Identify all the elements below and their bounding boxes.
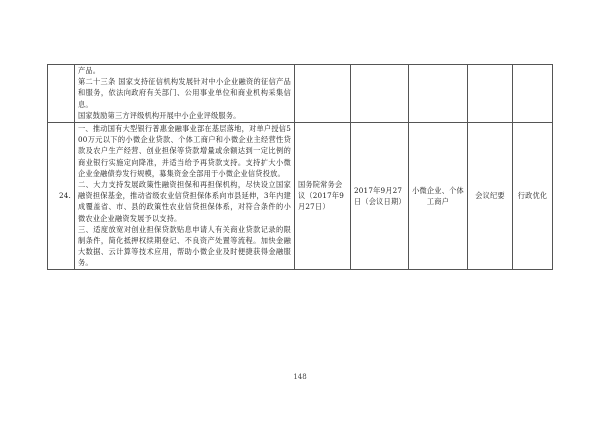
category-cell [513, 65, 553, 123]
doc-type-cell: 会议纪要 [468, 123, 513, 270]
document-page: 产品。 第二十三条 国家支持征信机构发展针对中小企业融资的征信产品和服务，依法向… [0, 0, 600, 424]
index-cell: 24. [48, 123, 75, 270]
content-paragraph: 一、推动国有大型银行普惠金融事业部在基层落地，对单户授信500万元以下的小微企业… [78, 123, 291, 179]
content-paragraph: 第二十三条 国家支持征信机构发展针对中小企业融资的征信产品和服务，依法向政府有关… [78, 76, 291, 110]
doc-type-cell [468, 65, 513, 123]
issuer-cell: 国务院常务会议（2017年9月27日） [295, 123, 351, 270]
page-number: 148 [288, 373, 312, 381]
date-cell [351, 65, 409, 123]
content-cell: 一、推动国有大型银行普惠金融事业部在基层落地，对单户授信500万元以下的小微企业… [75, 123, 295, 270]
content-cell: 产品。 第二十三条 国家支持征信机构发展针对中小企业融资的征信产品和服务，依法向… [75, 65, 295, 123]
date-cell: 2017年9月27日（会议日期） [351, 123, 409, 270]
index-cell [48, 65, 75, 123]
content-paragraph: 三、适度放宽对创业担保贷款贴息申请人有关商业贷款记录的限制条件，简化抵押权续期登… [78, 224, 291, 269]
table-row: 产品。 第二十三条 国家支持征信机构发展针对中小企业融资的征信产品和服务，依法向… [48, 65, 553, 123]
content-paragraph: 二、大力支持发展政策性融资担保和再担保机构，尽快设立国家融资担保基金，推动省级农… [78, 179, 291, 224]
target-cell [409, 65, 468, 123]
table-row: 24. 一、推动国有大型银行普惠金融事业部在基层落地，对单户授信500万元以下的… [48, 123, 553, 270]
content-paragraph: 产品。 [78, 65, 291, 76]
policy-table: 产品。 第二十三条 国家支持征信机构发展针对中小企业融资的征信产品和服务，依法向… [47, 64, 553, 270]
target-cell: 小微企业、个体工商户 [409, 123, 468, 270]
issuer-cell [295, 65, 351, 123]
content-paragraph: 国家鼓励第三方评级机构开展中小企业评级服务。 [78, 110, 291, 121]
category-cell: 行政优化 [513, 123, 553, 270]
